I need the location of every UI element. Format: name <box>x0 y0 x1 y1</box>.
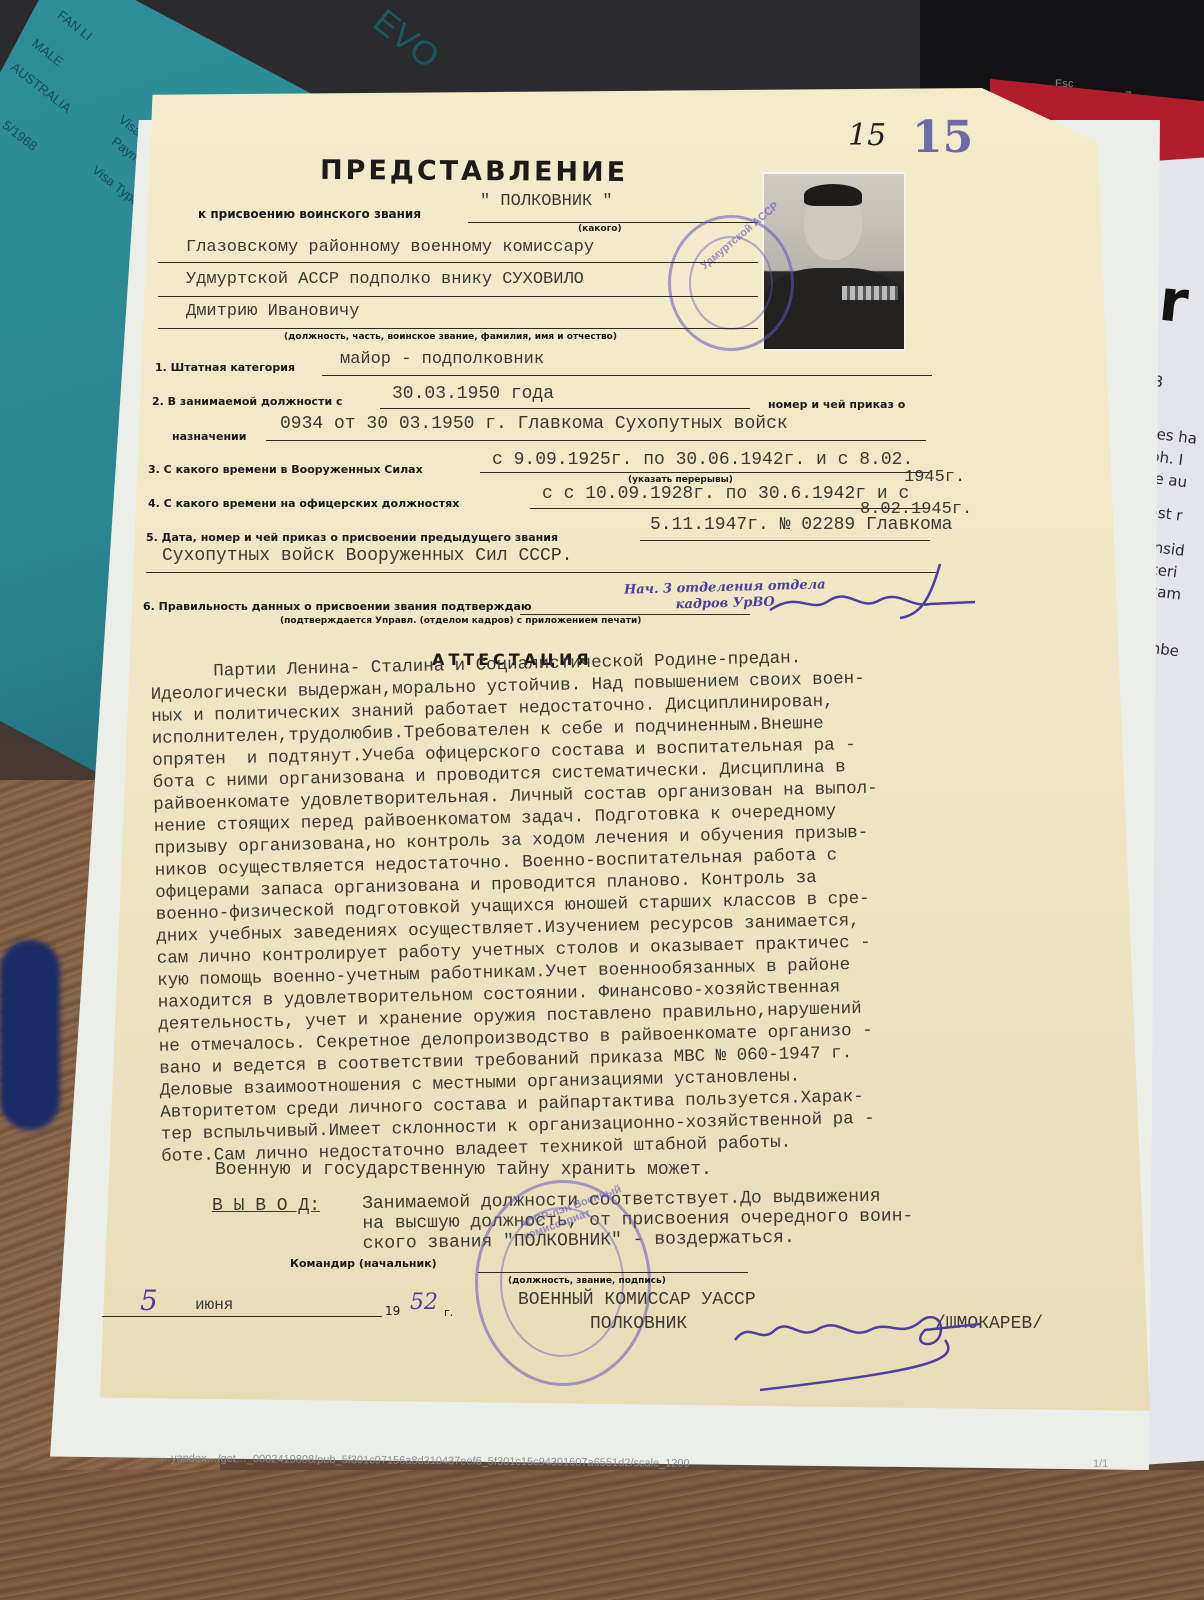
page-number-handwritten: 15 <box>848 118 886 153</box>
rule <box>640 540 930 541</box>
field-label-officer-since: 4. С какого времени на офицерских должно… <box>148 497 459 510</box>
date-month: июня <box>195 1296 233 1314</box>
field-label-order: номер и чей приказ о <box>768 398 905 411</box>
rank-label: к присвоению воинского звания <box>198 207 421 221</box>
rule <box>478 1272 748 1273</box>
wooden-table <box>0 1470 1204 1600</box>
addressee-hint: (должность, часть, воинское звание, фами… <box>284 332 617 342</box>
signer-rank: ПОЛКОВНИК <box>590 1314 687 1334</box>
card-logo-text: EVO <box>366 2 447 77</box>
document-title: ПРЕДСТАВЛЕНИЕ <box>320 155 628 188</box>
field-label-position-since: 2. В занимаемой должности с <box>152 395 343 408</box>
print-page-number: 1/1 <box>1093 1458 1108 1470</box>
signer-title: ВОЕННЫЙ КОМИССАР УАССР <box>518 1290 756 1310</box>
attestation-body: Партии Ленина- Сталина и Социалистическо… <box>150 646 886 1168</box>
field-label-category: 1. Штатная категория <box>155 361 295 374</box>
rule <box>322 375 932 376</box>
date-year-prefix: 19 <box>385 1304 400 1318</box>
commander-hint: (должность, звание, подпись) <box>508 1276 666 1286</box>
rule <box>480 472 930 473</box>
commissar-signature <box>730 1300 990 1400</box>
field-value-service-since: с 9.09.1925г. по 30.06.1942г. и с 8.02. <box>492 450 913 470</box>
field-value-previous-rank: 5.11.1947г. № 02289 Главкома <box>650 515 952 535</box>
rule <box>380 408 750 409</box>
field-label-previous-rank: 5. Дата, номер и чей приказ о присвоении… <box>146 531 558 544</box>
field-value-category: майор - подполковник <box>340 350 544 369</box>
date-year: 52 <box>410 1290 438 1315</box>
rank-hint: (какого) <box>578 224 622 234</box>
field-value-appointment-order: 0934 от 30 03.1950 г. Главкома Сухопутны… <box>280 414 788 434</box>
addressee-line: Глазовскому районному военному комиссару <box>186 238 594 257</box>
rule <box>102 1316 382 1317</box>
rule <box>266 440 926 441</box>
field-label-service-since: 3. С какого времени в Вооруженных Силах <box>148 463 423 476</box>
field-value-position-since: 30.03.1950 года <box>392 384 554 404</box>
field-value-officer-since: с с 10.09.1928г. по 30.6.1942г и с <box>542 484 909 504</box>
page-number-stamped: 15 <box>912 112 973 163</box>
conclusion-label: В Ы В О Д: <box>212 1196 320 1216</box>
rule <box>158 296 758 297</box>
rank-value: " ПОЛКОВНИК " <box>480 192 613 211</box>
field-label-confirmation: 6. Правильность данных о присвоении зван… <box>143 600 532 613</box>
field-value-previous-rank-cont: Сухопутных войск Вооруженных Сил СССР. <box>162 546 572 566</box>
date-day: 5 <box>140 1284 158 1317</box>
field-value-service-since-cont: 1945г. <box>904 468 965 487</box>
hr-signature <box>740 560 980 630</box>
addressee-line: Дмитрию Ивановичу <box>186 302 359 321</box>
blue-cord <box>0 940 60 1130</box>
addressee-line: Удмуртской АССР подполко внику СУХОВИЛО <box>186 270 584 289</box>
date-suffix: г. <box>444 1306 453 1319</box>
field-hint-confirmation: (подтверждается Управл. (отделом кадров)… <box>280 616 641 626</box>
rule <box>158 328 758 329</box>
field-label-appointment: назначении <box>172 430 246 443</box>
commander-label: Командир (начальник) <box>290 1257 437 1270</box>
official-stamp: Удмуртской АССР <box>668 215 794 351</box>
rule <box>158 262 758 263</box>
